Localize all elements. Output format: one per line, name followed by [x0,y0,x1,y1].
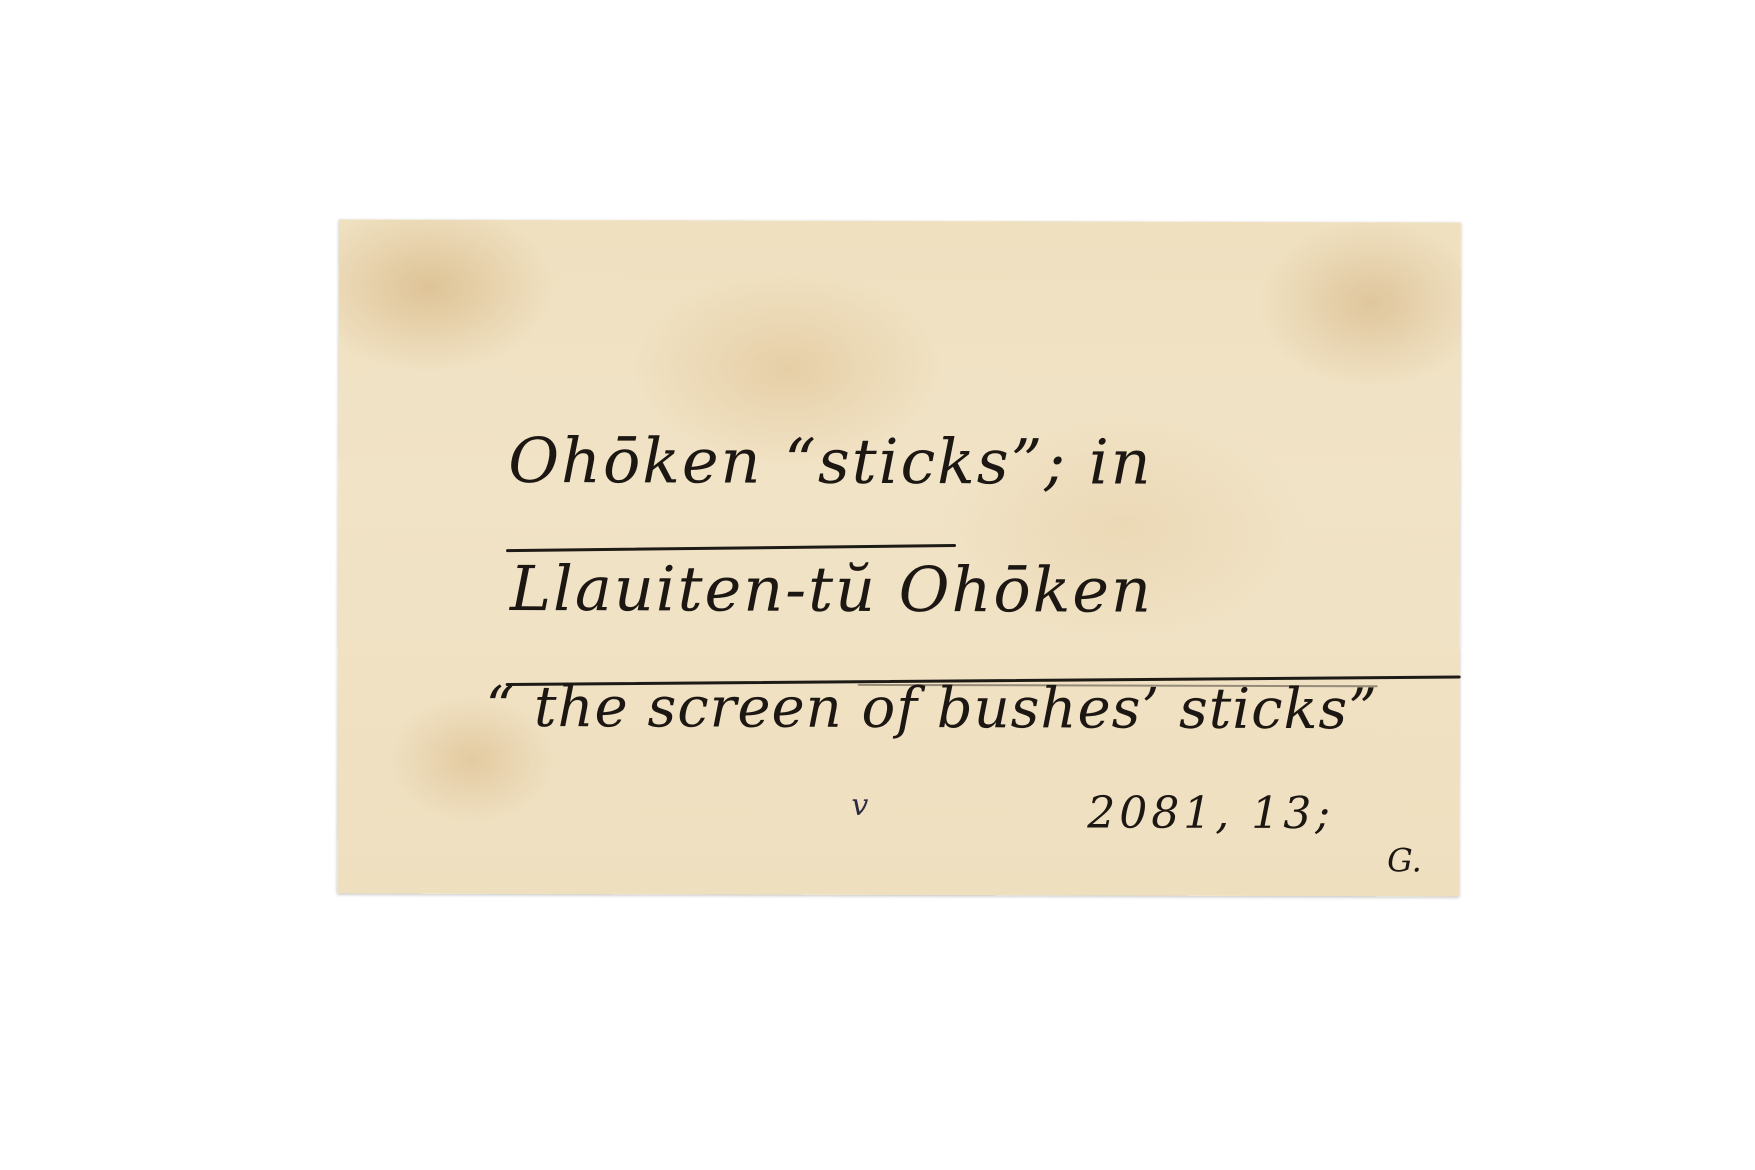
author-initial: G. [1387,844,1422,876]
card-line-1: Ohōken “sticks”; in [508,430,1153,494]
card-line-2: Llauiten-tŭ Ohōken [510,558,1153,622]
underline-1 [506,544,956,552]
handwritten-card: Ohōken “sticks”; in Llauiten-tŭ Ohōken “… [337,220,1461,897]
catalog-number: 2081, 13; [1087,791,1334,836]
margin-mark: v [851,791,868,821]
card-line-3-translation: “ the screen of bushes’ sticks” [486,680,1378,738]
